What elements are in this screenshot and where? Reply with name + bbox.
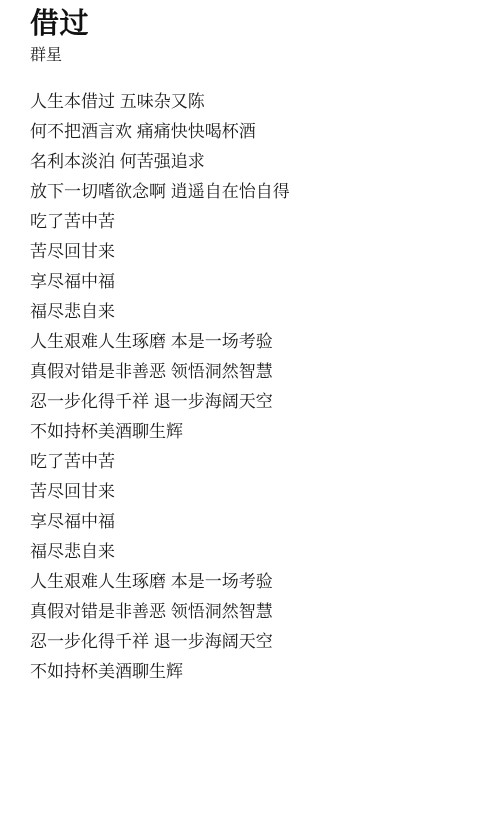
lyric-line: 忍一步化得千祥 退一步海阔天空 — [30, 387, 476, 417]
lyric-line: 真假对错是非善恶 领悟洞然智慧 — [30, 357, 476, 387]
artist-name: 群星 — [30, 44, 476, 68]
lyric-line: 吃了苦中苦 — [30, 447, 476, 477]
lyric-line: 福尽悲自来 — [30, 537, 476, 567]
lyrics-page: 借过 群星 人生本借过 五味杂又陈何不把酒言欢 痛痛快快喝杯酒名利本淡泊 何苦强… — [0, 0, 500, 687]
lyric-line: 享尽福中福 — [30, 507, 476, 537]
lyric-line: 苦尽回甘来 — [30, 477, 476, 507]
lyric-line: 何不把酒言欢 痛痛快快喝杯酒 — [30, 117, 476, 147]
lyric-line: 人生本借过 五味杂又陈 — [30, 87, 476, 117]
lyric-line: 苦尽回甘来 — [30, 237, 476, 267]
lyric-line: 不如持杯美酒聊生辉 — [30, 657, 476, 687]
lyric-line: 不如持杯美酒聊生辉 — [30, 417, 476, 447]
lyric-line: 人生艰难人生琢磨 本是一场考验 — [30, 567, 476, 597]
lyric-line: 享尽福中福 — [30, 267, 476, 297]
lyrics-list: 人生本借过 五味杂又陈何不把酒言欢 痛痛快快喝杯酒名利本淡泊 何苦强追求放下一切… — [30, 87, 476, 687]
lyric-line: 忍一步化得千祥 退一步海阔天空 — [30, 627, 476, 657]
lyric-line: 名利本淡泊 何苦强追求 — [30, 147, 476, 177]
lyric-line: 福尽悲自来 — [30, 297, 476, 327]
lyric-line: 人生艰难人生琢磨 本是一场考验 — [30, 327, 476, 357]
lyric-line: 放下一切嗜欲念啊 逍遥自在怡自得 — [30, 177, 476, 207]
song-title: 借过 — [30, 4, 476, 44]
lyric-line: 真假对错是非善恶 领悟洞然智慧 — [30, 597, 476, 627]
lyric-line: 吃了苦中苦 — [30, 207, 476, 237]
